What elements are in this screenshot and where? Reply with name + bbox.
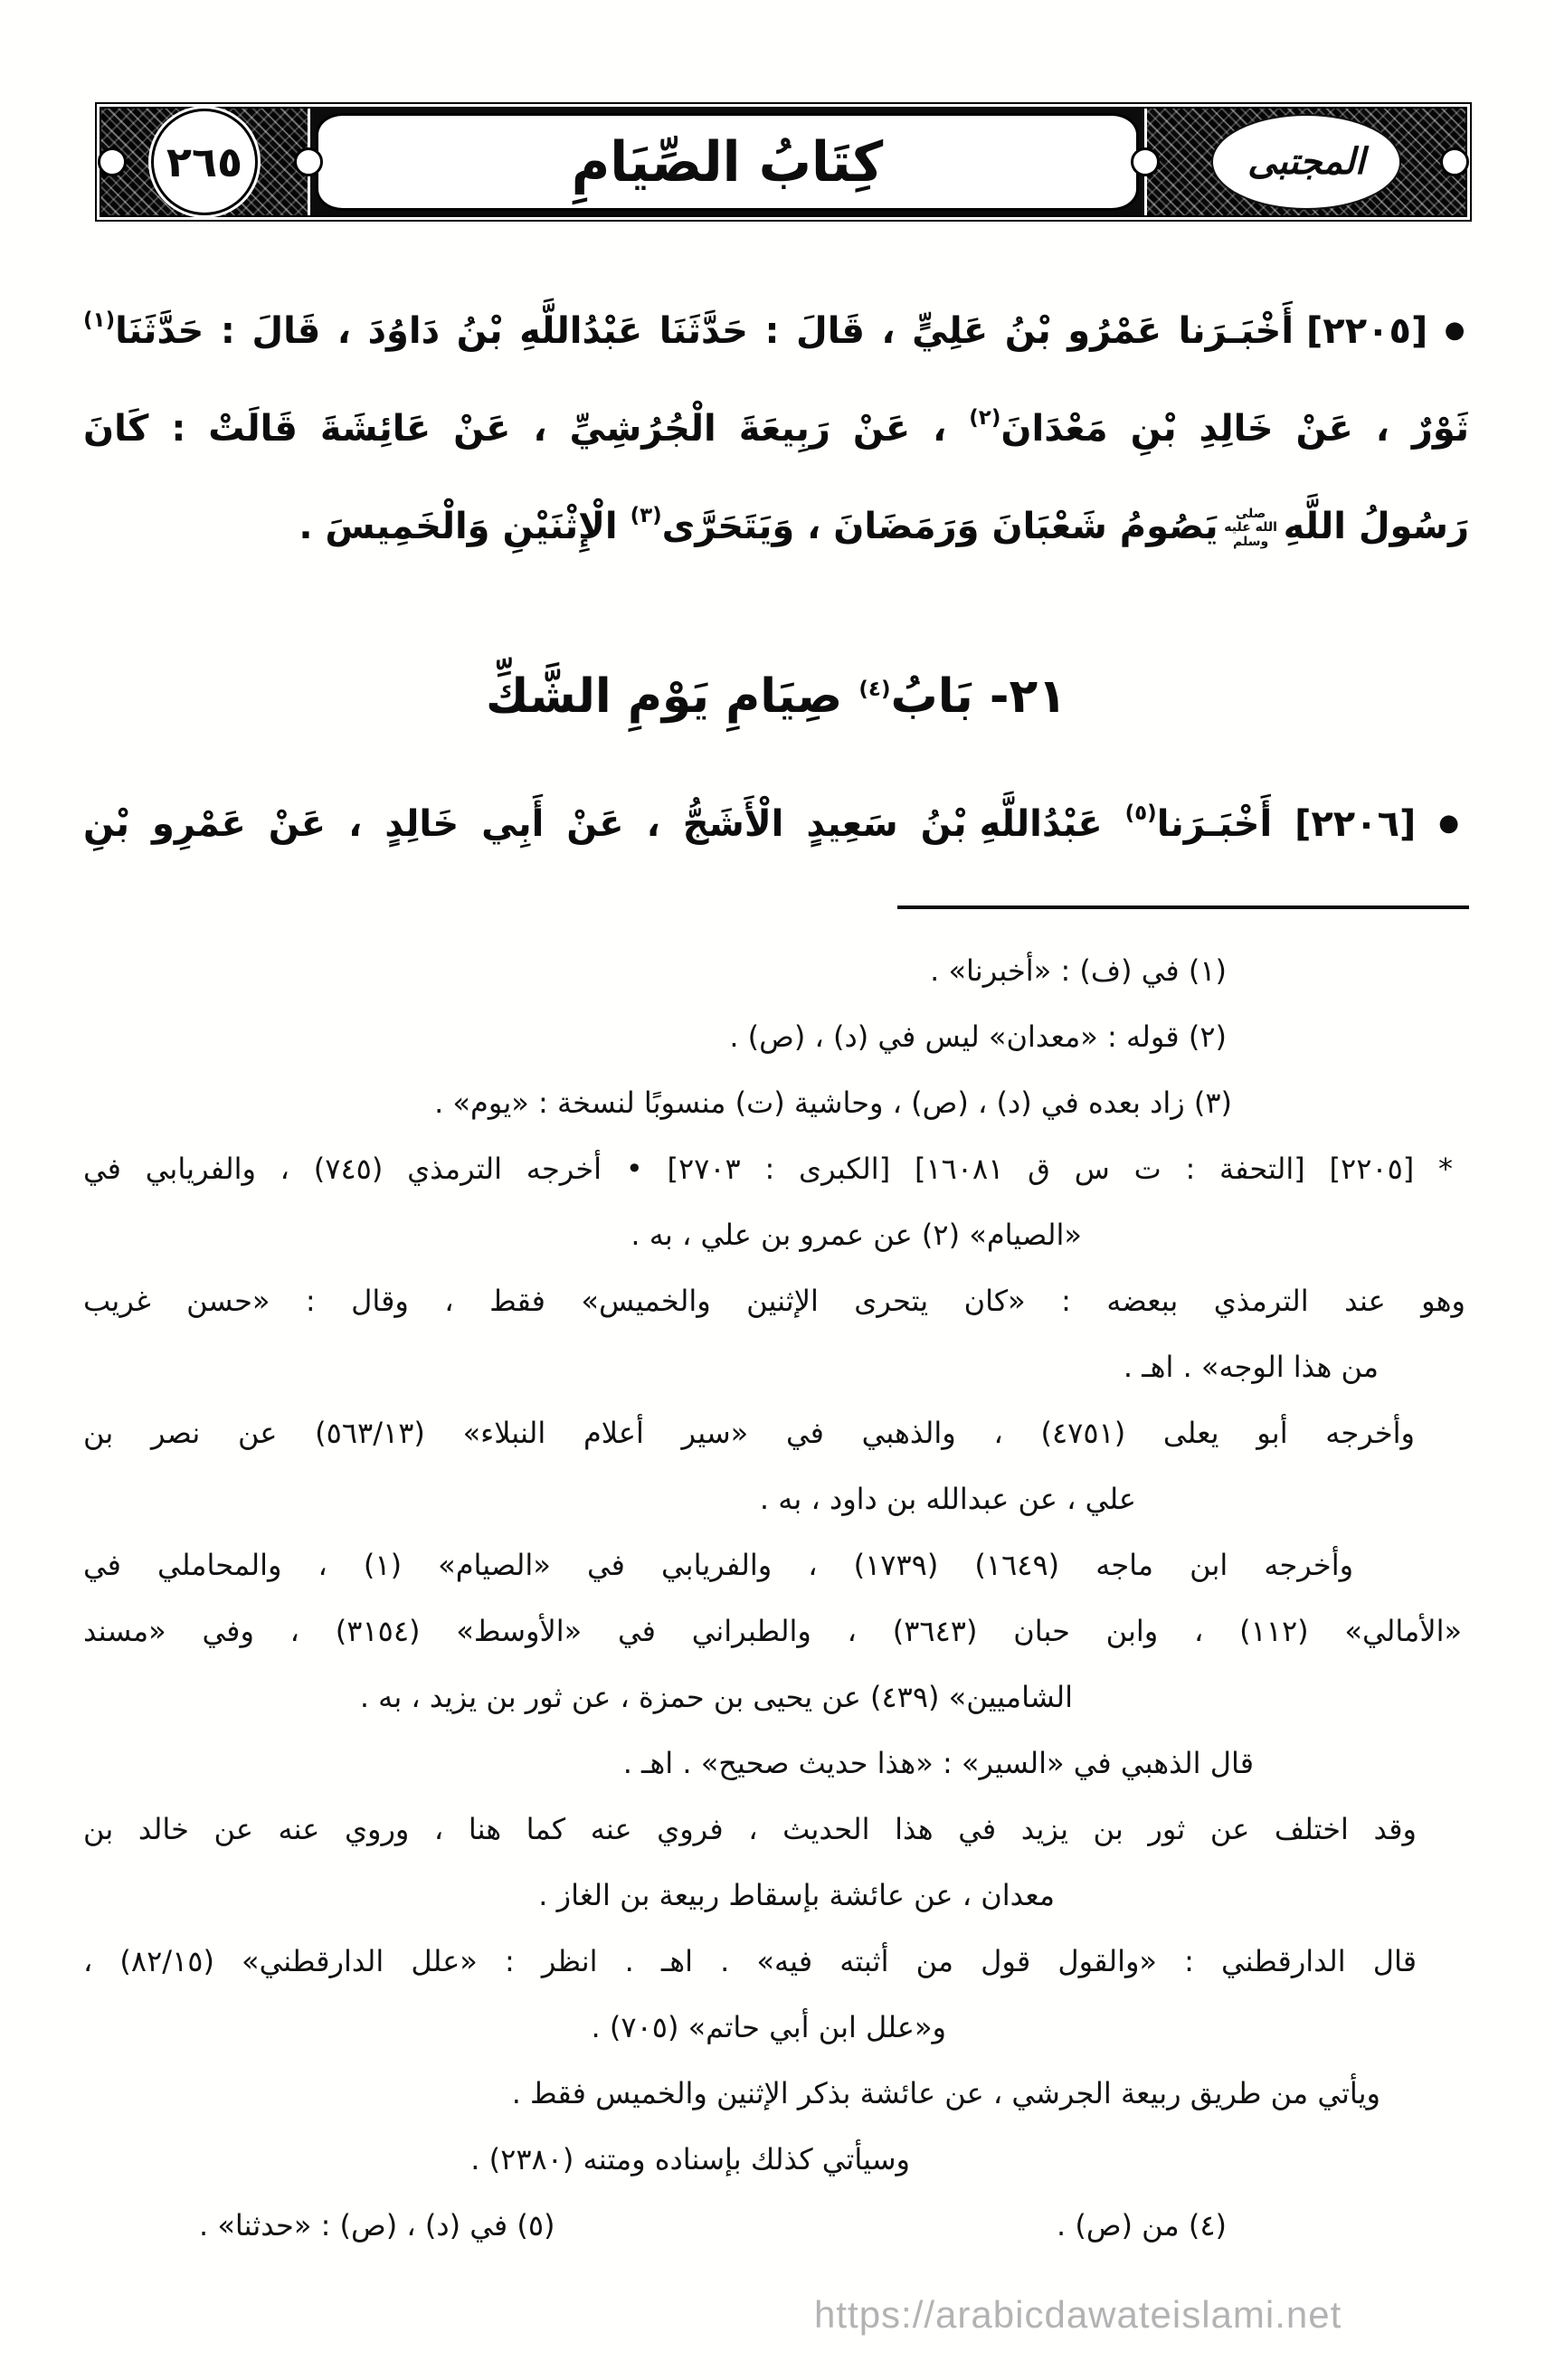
hadith-2205: ● [٢٢٠٥] أَخْبَـرَنا عَمْرُو بْنُ عَلِيٍ… xyxy=(83,271,1469,564)
title-panel: كِتَابُ الصِّيَامِ xyxy=(316,113,1139,211)
footnote-bottom-row: (٤) من (ص) . (٥) في (د) ، (ص) : «حدثنا» … xyxy=(83,2193,1469,2259)
footnote-ref: (٣) xyxy=(631,504,662,527)
footnote-line: «الأمالي» (١١٢) ، وابن حبان (٣٦٤٣) ، وال… xyxy=(83,1598,1462,1664)
book-page: ٢٦٥ كِتَابُ الصِّيَامِ المجتبى ● [٢٢٠٥] … xyxy=(0,0,1555,2380)
salla-allahu-alayhi-wasallam-seal: صلى الله عليه وسلم xyxy=(1224,507,1278,549)
footnote-line: (٢) قوله : «معدان» ليس في (د) ، (ص) . xyxy=(83,1004,1227,1070)
footnote-line: (٣) زاد بعده في (د) ، (ص) ، وحاشية (ت) م… xyxy=(83,1070,1232,1136)
hadith-text: الْإِثْنَيْنِ وَالْخَمِيسَ . xyxy=(299,506,617,547)
hadith-line: رَسُولُ اللَّهِصلى الله عليه وسلميَصُومُ… xyxy=(83,467,1469,564)
footnote-line: قال الذهبي في «السير» : «هذا حديث صحيح» … xyxy=(83,1730,1254,1797)
watermark-url: https://arabicdawateislami.net xyxy=(814,2293,1321,2337)
footnote-line: وسيأتي كذلك بإسناده ومتنه (٢٣٨٠) . xyxy=(83,2127,910,2193)
hadith-text: [٢٢٠٦] أَخْبَـرَنا xyxy=(1157,803,1417,845)
bullet-marker: ● xyxy=(1445,317,1469,344)
header-left-ornament: ٢٦٥ xyxy=(101,109,310,215)
header-center: كِتَابُ الصِّيَامِ xyxy=(310,109,1144,215)
footnote-line: من هذا الوجه» . اهـ . xyxy=(83,1334,1379,1400)
footnote-line: وأخرجه ابن ماجه (١٦٤٩) (١٧٣٩) ، والفرياب… xyxy=(83,1532,1353,1598)
footnote-line: (٥) في (د) ، (ص) : «حدثنا» . xyxy=(199,2193,555,2259)
hadith-text: ، عَنْ رَبِيعَةَ الْجُرُشِيِّ ، عَنْ عَا… xyxy=(83,408,946,450)
hadith-text: [٢٢٠٥] أَخْبَـرَنا عَمْرُو بْنُ عَلِيٍّ … xyxy=(115,310,1427,352)
hadith-text: رَسُولُ اللَّهِ xyxy=(1284,506,1469,547)
footnote-line: «الصيام» (٢) عن عمرو بن علي ، به . xyxy=(83,1202,1082,1268)
footnote-separator xyxy=(897,906,1469,909)
book-title: كِتَابُ الصِّيَامِ xyxy=(572,129,883,194)
chapter-title: صِيَامِ يَوْمِ الشَّكِّ xyxy=(486,669,842,724)
footnote-line: وهو عند الترمذي ببعضه : «كان يتحرى الإثن… xyxy=(83,1268,1465,1334)
chapter-heading: ٢١- بَابُ(٤) صِيَامِ يَوْمِ الشَّكِّ xyxy=(83,633,1469,746)
series-emblem: المجتبى xyxy=(1211,114,1401,210)
hadith-text: عَبْدُاللَّهِ بْنُ سَعِيدٍ الْأَشَجُّ ، … xyxy=(83,803,1103,845)
footnote-line: * [٢٢٠٥] [التحفة : ت س ق ١٦٠٨١] [الكبرى … xyxy=(83,1136,1453,1202)
footnote-line: (٤) من (ص) . xyxy=(1057,2193,1227,2259)
header-band: ٢٦٥ كِتَابُ الصِّيَامِ المجتبى xyxy=(95,102,1472,222)
header-band-frame: ٢٦٥ كِتَابُ الصِّيَامِ المجتبى xyxy=(100,107,1467,217)
footnote-ref: (٢) xyxy=(969,406,1000,430)
footnote-line: وقد اختلف عن ثور بن يزيد في هذا الحديث ،… xyxy=(83,1797,1417,1863)
header-right-ornament: المجتبى xyxy=(1144,109,1465,215)
footnote-line: معدان ، عن عائشة بإسقاط ربيعة بن الغاز . xyxy=(83,1863,1055,1929)
footnote-line: قال الدارقطني : «والقول قول من أثبته فيه… xyxy=(83,1929,1417,1995)
hadith-line: ● [٢٢٠٥] أَخْبَـرَنا عَمْرُو بْنُ عَلِيٍ… xyxy=(83,271,1469,369)
footnote-ref: (٤) xyxy=(858,678,890,701)
chapter-number-and-bab: ٢١- بَابُ xyxy=(890,669,1066,724)
hadith-2206: ● [٢٢٠٦] أَخْبَـرَنا(٥) عَبْدُاللَّهِ بْ… xyxy=(83,764,1469,862)
footnote-ref: (١) xyxy=(83,308,115,332)
page-number: ٢٦٥ xyxy=(166,137,242,186)
footnote-ref: (٥) xyxy=(1125,801,1157,825)
footnote-line: و«علل ابن أبي حاتم» (٧٠٥) . xyxy=(83,1995,946,2061)
footnotes-section: (١) في (ف) : «أخبرنا» . (٢) قوله : «معدا… xyxy=(83,938,1469,2259)
bullet-marker: ● xyxy=(1438,810,1469,837)
ornament-dot xyxy=(294,147,323,176)
page-number-medallion: ٢٦٥ xyxy=(154,111,255,213)
footnote-line: وأخرجه أبو يعلى (٤٧٥١) ، والذهبي في «سير… xyxy=(83,1400,1415,1466)
footnote-line: الشاميين» (٤٣٩) عن يحيى بن حمزة ، عن ثور… xyxy=(83,1664,1073,1730)
hadith-line: ثَوْرٌ ، عَنْ خَالِدِ بْنِ مَعْدَانَ(٢) … xyxy=(83,369,1469,467)
hadith-text: يَصُومُ شَعْبَانَ وَرَمَضَانَ ، وَيَتَحَ… xyxy=(662,506,1218,547)
hadith-text: ثَوْرٌ ، عَنْ خَالِدِ بْنِ مَعْدَانَ xyxy=(1000,408,1469,450)
ornament-dot xyxy=(1440,147,1469,176)
footnote-line: علي ، عن عبدالله بن داود ، به . xyxy=(83,1466,1136,1532)
footnote-line: ويأتي من طريق ربيعة الجرشي ، عن عائشة بذ… xyxy=(83,2061,1380,2127)
ornament-dot xyxy=(98,147,127,176)
footnote-line: (١) في (ف) : «أخبرنا» . xyxy=(83,938,1227,1004)
hadith-line: ● [٢٢٠٦] أَخْبَـرَنا(٥) عَبْدُاللَّهِ بْ… xyxy=(83,764,1469,862)
ornament-dot xyxy=(1131,147,1160,176)
